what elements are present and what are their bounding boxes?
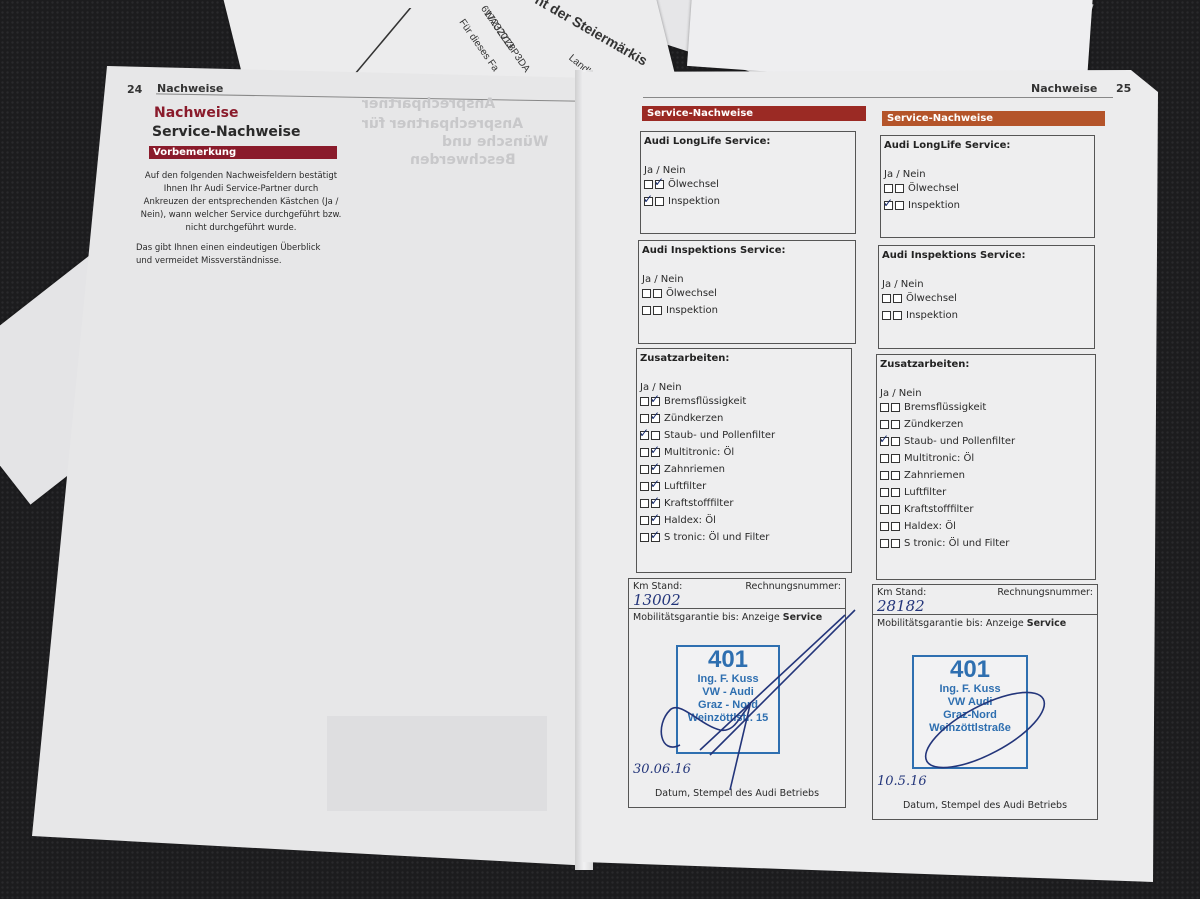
box-title: Audi Inspektions Service: xyxy=(882,250,1094,261)
ja-checkbox[interactable] xyxy=(642,289,651,298)
ja-checkbox[interactable] xyxy=(880,505,889,514)
item-label: Zahnriemen xyxy=(664,464,725,475)
ja-checkbox[interactable] xyxy=(882,294,891,303)
checklist-row: Zündkerzen xyxy=(640,410,851,427)
item-label: Multitronic: Öl xyxy=(664,447,734,458)
longlife-box: Audi LongLife Service:Ja / Nein Ölwechse… xyxy=(880,135,1095,238)
checklist-row: Zündkerzen xyxy=(880,416,1095,433)
page-number: 25 xyxy=(1116,82,1131,95)
show-through-text: Ansprechpartner für xyxy=(362,116,523,132)
checklist-row: Staub- und Pollenfilter xyxy=(880,433,1095,450)
page-number: 24 xyxy=(127,83,142,96)
running-header: Nachweise xyxy=(1031,82,1097,95)
checklist-row: Haldex: Öl xyxy=(880,518,1095,535)
checklist-row: Multitronic: Öl xyxy=(640,444,851,461)
nein-checkbox[interactable] xyxy=(651,448,660,457)
inspektion-box: Audi Inspektions Service:Ja / Nein Ölwec… xyxy=(878,245,1095,349)
nein-checkbox[interactable] xyxy=(651,397,660,406)
item-label: Luftfilter xyxy=(904,487,946,498)
checklist-row: Ölwechsel xyxy=(882,290,1094,307)
item-label: Staub- und Pollenfilter xyxy=(904,436,1015,447)
ja-checkbox[interactable] xyxy=(880,522,889,531)
checklist-row: Ölwechsel xyxy=(884,180,1094,197)
show-through-text: Ansprechpartner xyxy=(362,96,495,112)
nein-checkbox[interactable] xyxy=(891,505,900,514)
nein-checkbox[interactable] xyxy=(893,294,902,303)
box-title: Zusatzarbeiten: xyxy=(640,353,851,364)
checklist-row: Ölwechsel xyxy=(642,285,855,302)
summary-paragraph: Das gibt Ihnen einen eindeutigen Überbli… xyxy=(136,242,336,268)
section-bar: Service-Nachweise xyxy=(882,111,1105,126)
ja-checkbox[interactable] xyxy=(640,465,649,474)
ja-checkbox[interactable] xyxy=(644,180,653,189)
item-label: Inspektion xyxy=(906,310,958,321)
ja-checkbox[interactable] xyxy=(644,197,653,206)
item-label: Inspektion xyxy=(908,200,960,211)
checklist-row: Haldex: Öl xyxy=(640,512,851,529)
checklist-row: S tronic: Öl und Filter xyxy=(880,535,1095,552)
nein-checkbox[interactable] xyxy=(891,403,900,412)
ja-checkbox[interactable] xyxy=(880,471,889,480)
item-label: Bremsflüssigkeit xyxy=(664,396,746,407)
nein-checkbox[interactable] xyxy=(651,499,660,508)
checklist-row: Luftfilter xyxy=(640,478,851,495)
ja-checkbox[interactable] xyxy=(884,201,893,210)
mobility-label: Mobilitätsgarantie bis: Anzeige xyxy=(877,618,1024,629)
ja-checkbox[interactable] xyxy=(640,516,649,525)
nein-checkbox[interactable] xyxy=(891,522,900,531)
checklist-row: Luftfilter xyxy=(880,484,1095,501)
yes-no-label: Ja / Nein xyxy=(644,165,855,176)
item-label: Bremsflüssigkeit xyxy=(904,402,986,413)
checklist-row: Inspektion xyxy=(642,302,855,319)
checklist-row: Zahnriemen xyxy=(880,467,1095,484)
ja-checkbox[interactable] xyxy=(640,448,649,457)
item-label: Kraftstofffilter xyxy=(904,504,973,515)
item-label: Zündkerzen xyxy=(904,419,963,430)
ja-checkbox[interactable] xyxy=(882,311,891,320)
ja-checkbox[interactable] xyxy=(640,533,649,542)
nein-checkbox[interactable] xyxy=(891,539,900,548)
checklist-row: Staub- und Pollenfilter xyxy=(640,427,851,444)
box-title: Zusatzarbeiten: xyxy=(880,359,1095,370)
nein-checkbox[interactable] xyxy=(655,180,664,189)
checklist-row: Kraftstofffilter xyxy=(640,495,851,512)
nein-checkbox[interactable] xyxy=(651,533,660,542)
box-title: Audi Inspektions Service: xyxy=(642,245,855,256)
invoice-label: Rechnungsnummer: xyxy=(997,587,1093,598)
item-label: Haldex: Öl xyxy=(664,515,716,526)
ja-checkbox[interactable] xyxy=(640,397,649,406)
nein-checkbox[interactable] xyxy=(653,289,662,298)
nein-checkbox[interactable] xyxy=(651,431,660,440)
nein-checkbox[interactable] xyxy=(891,437,900,446)
show-through-text: Wünsche und xyxy=(442,134,548,150)
ja-checkbox[interactable] xyxy=(880,437,889,446)
checklist-row: Ölwechsel xyxy=(644,176,855,193)
section-bar: Service-Nachweise xyxy=(642,106,866,121)
header-rule xyxy=(643,97,1113,98)
yes-no-label: Ja / Nein xyxy=(880,388,1095,399)
show-through-text: Beschwerden xyxy=(410,152,516,168)
mobility-row: Mobilitätsgarantie bis: Anzeige Service xyxy=(873,614,1097,632)
section-bar: Vorbemerkung xyxy=(149,146,337,159)
nein-checkbox[interactable] xyxy=(651,516,660,525)
zusatz-box: Zusatzarbeiten:Ja / Nein Bremsflüssigkei… xyxy=(636,348,852,573)
ja-checkbox[interactable] xyxy=(640,431,649,440)
inspektion-box: Audi Inspektions Service:Ja / Nein Ölwec… xyxy=(638,240,856,344)
item-label: S tronic: Öl und Filter xyxy=(664,532,769,543)
item-label: Multitronic: Öl xyxy=(904,453,974,464)
ja-checkbox[interactable] xyxy=(640,482,649,491)
ja-checkbox[interactable] xyxy=(880,539,889,548)
item-label: S tronic: Öl und Filter xyxy=(904,538,1009,549)
item-label: Zündkerzen xyxy=(664,413,723,424)
mobility-bold: Service xyxy=(1027,618,1067,629)
item-label: Ölwechsel xyxy=(908,183,959,194)
box-title: Audi LongLife Service: xyxy=(644,136,855,147)
nein-checkbox[interactable] xyxy=(891,420,900,429)
item-label: Zahnriemen xyxy=(904,470,965,481)
ja-checkbox[interactable] xyxy=(640,414,649,423)
nein-checkbox[interactable] xyxy=(895,201,904,210)
yes-no-label: Ja / Nein xyxy=(882,279,1094,290)
nein-checkbox[interactable] xyxy=(651,482,660,491)
checklist-row: Bremsflüssigkeit xyxy=(880,399,1095,416)
ja-checkbox[interactable] xyxy=(880,454,889,463)
item-label: Luftfilter xyxy=(664,481,706,492)
yes-no-label: Ja / Nein xyxy=(640,382,851,393)
checklist-row: Inspektion xyxy=(882,307,1094,324)
checklist-row: S tronic: Öl und Filter xyxy=(640,529,851,546)
nein-checkbox[interactable] xyxy=(891,454,900,463)
km-value: 28182 xyxy=(877,598,1097,614)
item-label: Haldex: Öl xyxy=(904,521,956,532)
item-label: Ölwechsel xyxy=(668,179,719,190)
checklist-row: Multitronic: Öl xyxy=(880,450,1095,467)
checklist-row: Inspektion xyxy=(884,197,1094,214)
item-label: Ölwechsel xyxy=(906,293,957,304)
ja-checkbox[interactable] xyxy=(880,420,889,429)
item-label: Inspektion xyxy=(668,196,720,207)
footer-label: Datum, Stempel des Audi Betriebs xyxy=(873,800,1097,811)
ja-checkbox[interactable] xyxy=(640,499,649,508)
show-through-block xyxy=(327,716,547,811)
item-label: Ölwechsel xyxy=(666,288,717,299)
page-title: Nachweise xyxy=(154,105,239,121)
signature xyxy=(640,605,870,795)
item-label: Kraftstofffilter xyxy=(664,498,733,509)
nein-checkbox[interactable] xyxy=(651,414,660,423)
zusatz-box: Zusatzarbeiten:Ja / Nein Bremsflüssigkei… xyxy=(876,354,1096,580)
nein-checkbox[interactable] xyxy=(653,306,662,315)
checklist-row: Zahnriemen xyxy=(640,461,851,478)
yes-no-label: Ja / Nein xyxy=(884,169,1094,180)
ja-checkbox[interactable] xyxy=(880,403,889,412)
longlife-box: Audi LongLife Service:Ja / Nein Ölwechse… xyxy=(640,131,856,234)
yes-no-label: Ja / Nein xyxy=(642,274,855,285)
signature xyxy=(915,680,1055,790)
invoice-label: Rechnungsnummer: xyxy=(745,581,841,592)
nein-checkbox[interactable] xyxy=(891,488,900,497)
nein-checkbox[interactable] xyxy=(651,465,660,474)
left-page: 24 Nachweise Nachweise Service-Nachweise… xyxy=(32,66,592,866)
page-subtitle: Service-Nachweise xyxy=(152,124,301,140)
ja-checkbox[interactable] xyxy=(880,488,889,497)
nein-checkbox[interactable] xyxy=(893,311,902,320)
nein-checkbox[interactable] xyxy=(891,471,900,480)
checklist-row: Bremsflüssigkeit xyxy=(640,393,851,410)
nein-checkbox[interactable] xyxy=(895,184,904,193)
box-title: Audi LongLife Service: xyxy=(884,140,1094,151)
nein-checkbox[interactable] xyxy=(655,197,664,206)
checklist-row: Kraftstofffilter xyxy=(880,501,1095,518)
ja-checkbox[interactable] xyxy=(884,184,893,193)
item-label: Staub- und Pollenfilter xyxy=(664,430,775,441)
item-label: Inspektion xyxy=(666,305,718,316)
checklist-row: Inspektion xyxy=(644,193,855,210)
intro-paragraph: Auf den folgenden Nachweisfeldern bestät… xyxy=(140,170,342,235)
ja-checkbox[interactable] xyxy=(642,306,651,315)
